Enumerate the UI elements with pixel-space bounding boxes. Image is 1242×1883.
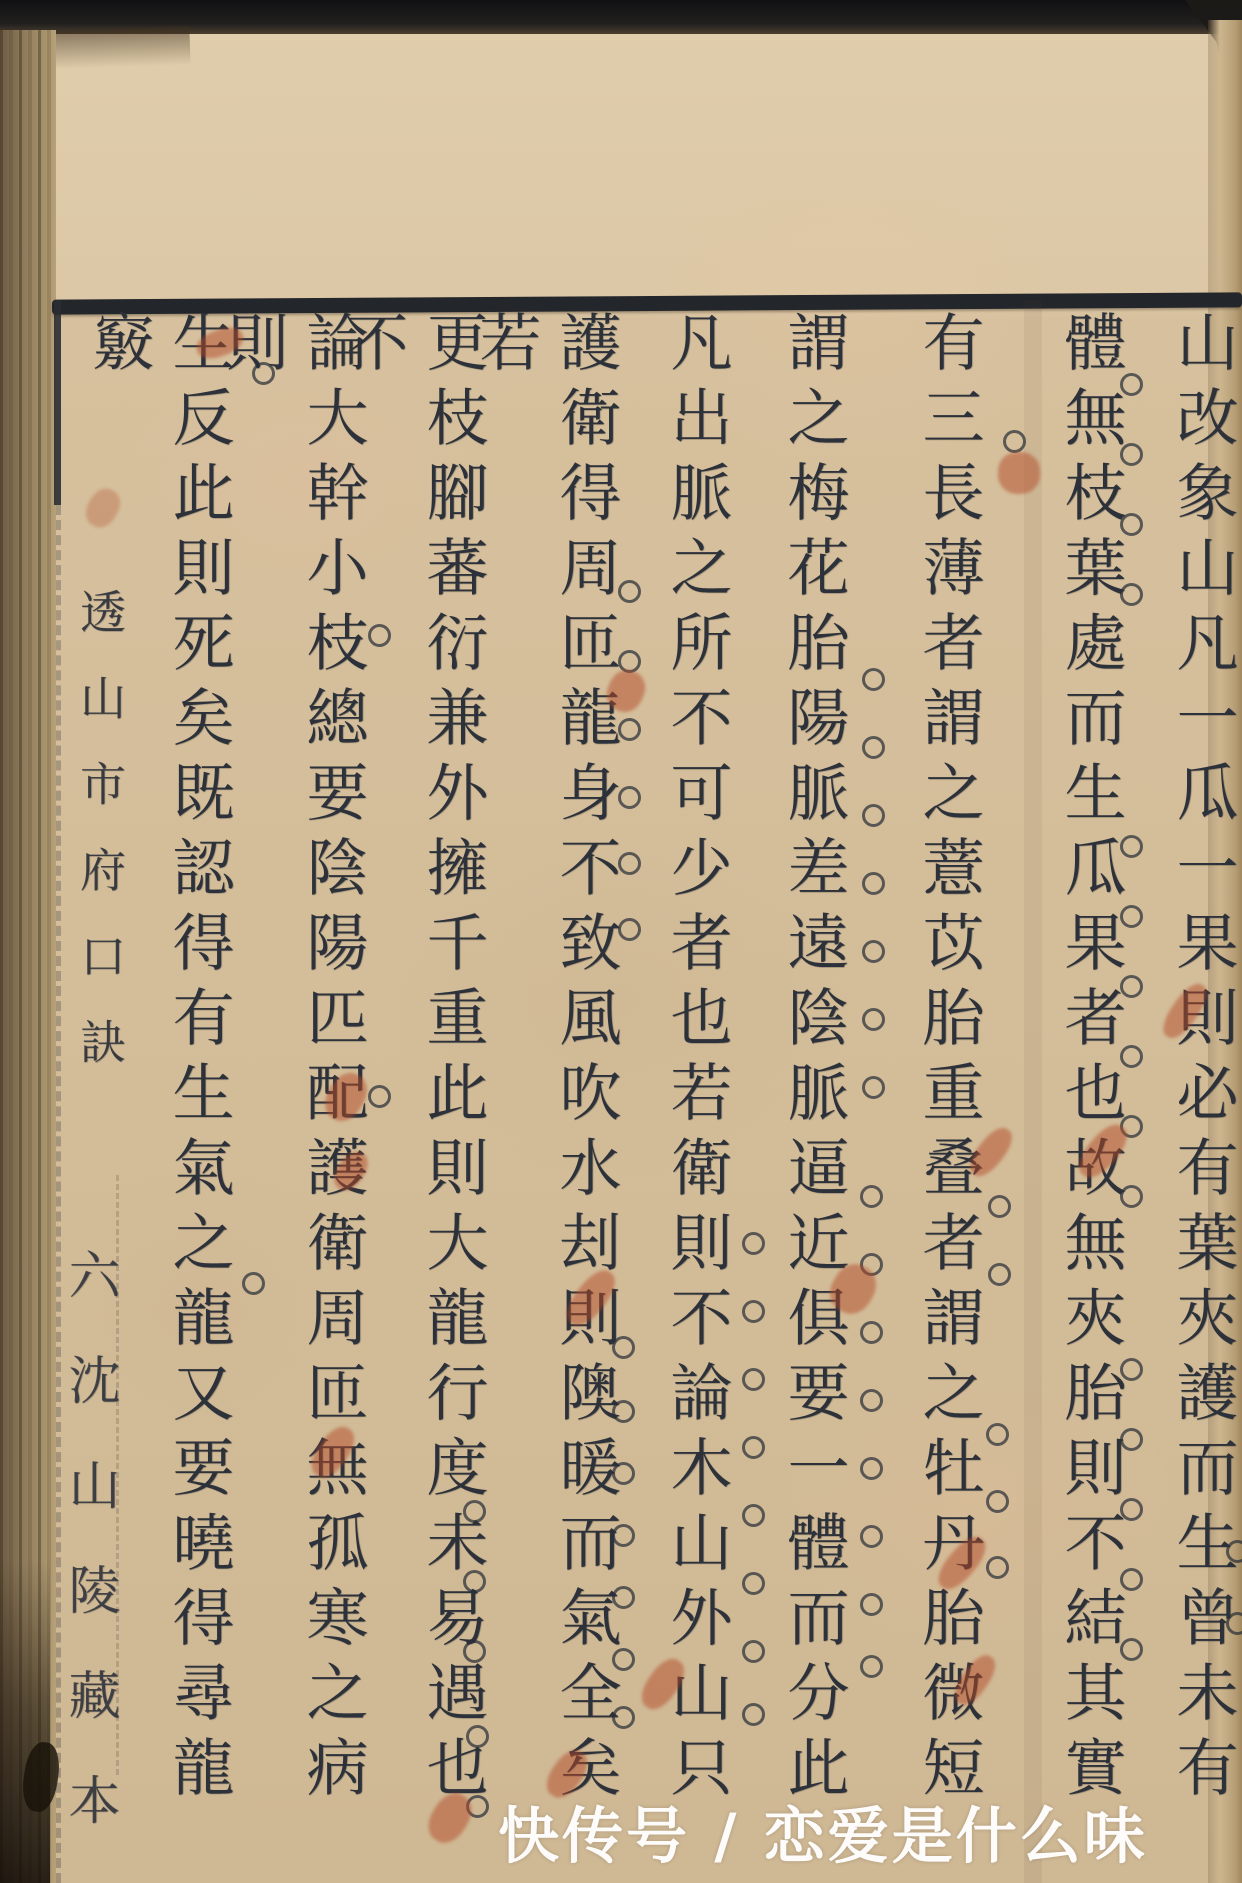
emphasis-circle-mark xyxy=(862,736,885,759)
printed-frame-left-line xyxy=(54,300,61,505)
emphasis-circle-mark xyxy=(860,1593,883,1616)
emphasis-circle-mark xyxy=(742,1640,765,1663)
emphasis-circle-mark xyxy=(860,1321,883,1344)
red-stain xyxy=(998,452,1040,494)
collection-mark-column: 六沈山陵藏本 xyxy=(44,1248,124,1883)
spine-bottom-shadow xyxy=(0,1560,50,1883)
emphasis-circle-mark xyxy=(860,1525,883,1548)
emphasis-circle-mark xyxy=(466,1725,489,1748)
emphasis-circle-mark xyxy=(612,1336,635,1359)
emphasis-circle-mark xyxy=(742,1703,765,1726)
emphasis-circle-mark xyxy=(860,1389,883,1412)
emphasis-circle-mark xyxy=(860,1457,883,1480)
emphasis-circle-mark xyxy=(1120,1498,1143,1521)
paper-fold-shadow xyxy=(1024,300,1042,1883)
emphasis-circle-mark xyxy=(1120,1568,1143,1591)
emphasis-circle-mark xyxy=(862,940,885,963)
emphasis-circle-mark xyxy=(368,624,391,647)
emphasis-circle-mark xyxy=(612,1706,635,1729)
emphasis-circle-mark xyxy=(463,1640,486,1663)
emphasis-circle-mark xyxy=(988,1263,1011,1286)
emphasis-circle-mark xyxy=(1226,1540,1242,1563)
emphasis-circle-mark xyxy=(1120,1185,1143,1208)
emphasis-circle-mark xyxy=(860,1655,883,1678)
emphasis-circle-mark xyxy=(1120,1428,1143,1451)
emphasis-circle-mark xyxy=(1120,1045,1143,1068)
emphasis-circle-mark xyxy=(612,1524,635,1547)
emphasis-circle-mark xyxy=(1120,583,1143,606)
woodblock-book-page-photo: 山改象山凡一瓜一果則必有葉夾護而生曾未有 體無枝葉處而生瓜果者也故無夾胎則不結其… xyxy=(0,0,1242,1883)
watermark-text: 快传号 / 恋爱是什么味 xyxy=(498,1788,1148,1875)
emphasis-circle-mark xyxy=(612,1648,635,1671)
emphasis-circle-mark xyxy=(862,872,885,895)
emphasis-circle-mark xyxy=(1003,430,1026,453)
emphasis-circle-mark xyxy=(1120,975,1143,998)
emphasis-circle-mark xyxy=(368,1085,391,1108)
emphasis-circle-mark xyxy=(1120,1638,1143,1661)
emphasis-circle-mark xyxy=(612,1586,635,1609)
text-column-4: 謂之梅花胎陽脈差遠陰脈逼近俱要一體而分此 xyxy=(773,310,853,1883)
text-column-1: 山改象山凡一瓜一果則必有葉夾護而生曾未有 xyxy=(1162,310,1242,1883)
emphasis-circle-mark xyxy=(612,1462,635,1485)
emphasis-circle-mark xyxy=(612,1400,635,1423)
emphasis-circle-mark xyxy=(1120,443,1143,466)
emphasis-circle-mark xyxy=(242,1272,265,1295)
emphasis-circle-mark xyxy=(1120,373,1143,396)
emphasis-circle-mark xyxy=(862,1008,885,1031)
emphasis-circle-mark xyxy=(988,1195,1011,1218)
emphasis-circle-mark xyxy=(742,1300,765,1323)
emphasis-circle-mark xyxy=(1120,1358,1143,1381)
emphasis-circle-mark xyxy=(742,1572,765,1595)
emphasis-circle-mark xyxy=(742,1436,765,1459)
emphasis-circle-mark xyxy=(1120,835,1143,858)
emphasis-circle-mark xyxy=(986,1556,1009,1579)
emphasis-circle-mark xyxy=(1120,905,1143,928)
emphasis-circle-mark xyxy=(463,1570,486,1593)
emphasis-circle-mark xyxy=(860,1185,883,1208)
emphasis-circle-mark xyxy=(618,718,641,741)
emphasis-circle-mark xyxy=(1226,1612,1242,1635)
emphasis-circle-mark xyxy=(618,786,641,809)
emphasis-circle-mark xyxy=(618,852,641,875)
emphasis-circle-mark xyxy=(742,1368,765,1391)
text-column-3: 有三長薄者謂之薏苡胎重叠者謂之牡丹胎微短 xyxy=(908,310,988,1883)
emphasis-circle-mark xyxy=(986,1490,1009,1513)
red-stain xyxy=(80,483,126,533)
emphasis-circle-mark xyxy=(986,1423,1009,1446)
margin-title-column: 透山市府口訣 xyxy=(50,588,130,1128)
text-column-2: 體無枝葉處而生瓜果者也故無夾胎則不結其實 xyxy=(1050,310,1130,1883)
emphasis-circle-mark xyxy=(862,804,885,827)
emphasis-circle-mark xyxy=(618,918,641,941)
emphasis-circle-mark xyxy=(742,1232,765,1255)
emphasis-circle-mark xyxy=(252,362,275,385)
text-column-5: 凡出脈之所不可少者也若衛則不論木山外山只 xyxy=(656,310,736,1883)
emphasis-circle-mark xyxy=(862,1076,885,1099)
emphasis-circle-mark xyxy=(862,668,885,691)
text-column-9: 生反此則死矣既認得有生氣之龍又要曉得尋龍竅 xyxy=(158,310,238,1883)
emphasis-circle-mark xyxy=(618,580,641,603)
emphasis-circle-mark xyxy=(463,1500,486,1523)
emphasis-circle-mark xyxy=(742,1504,765,1527)
emphasis-circle-mark xyxy=(1120,513,1143,536)
text-column-6: 護衛得周匝龍身不致風吹水刦則隩暖而氣全矣若 xyxy=(545,310,625,1883)
